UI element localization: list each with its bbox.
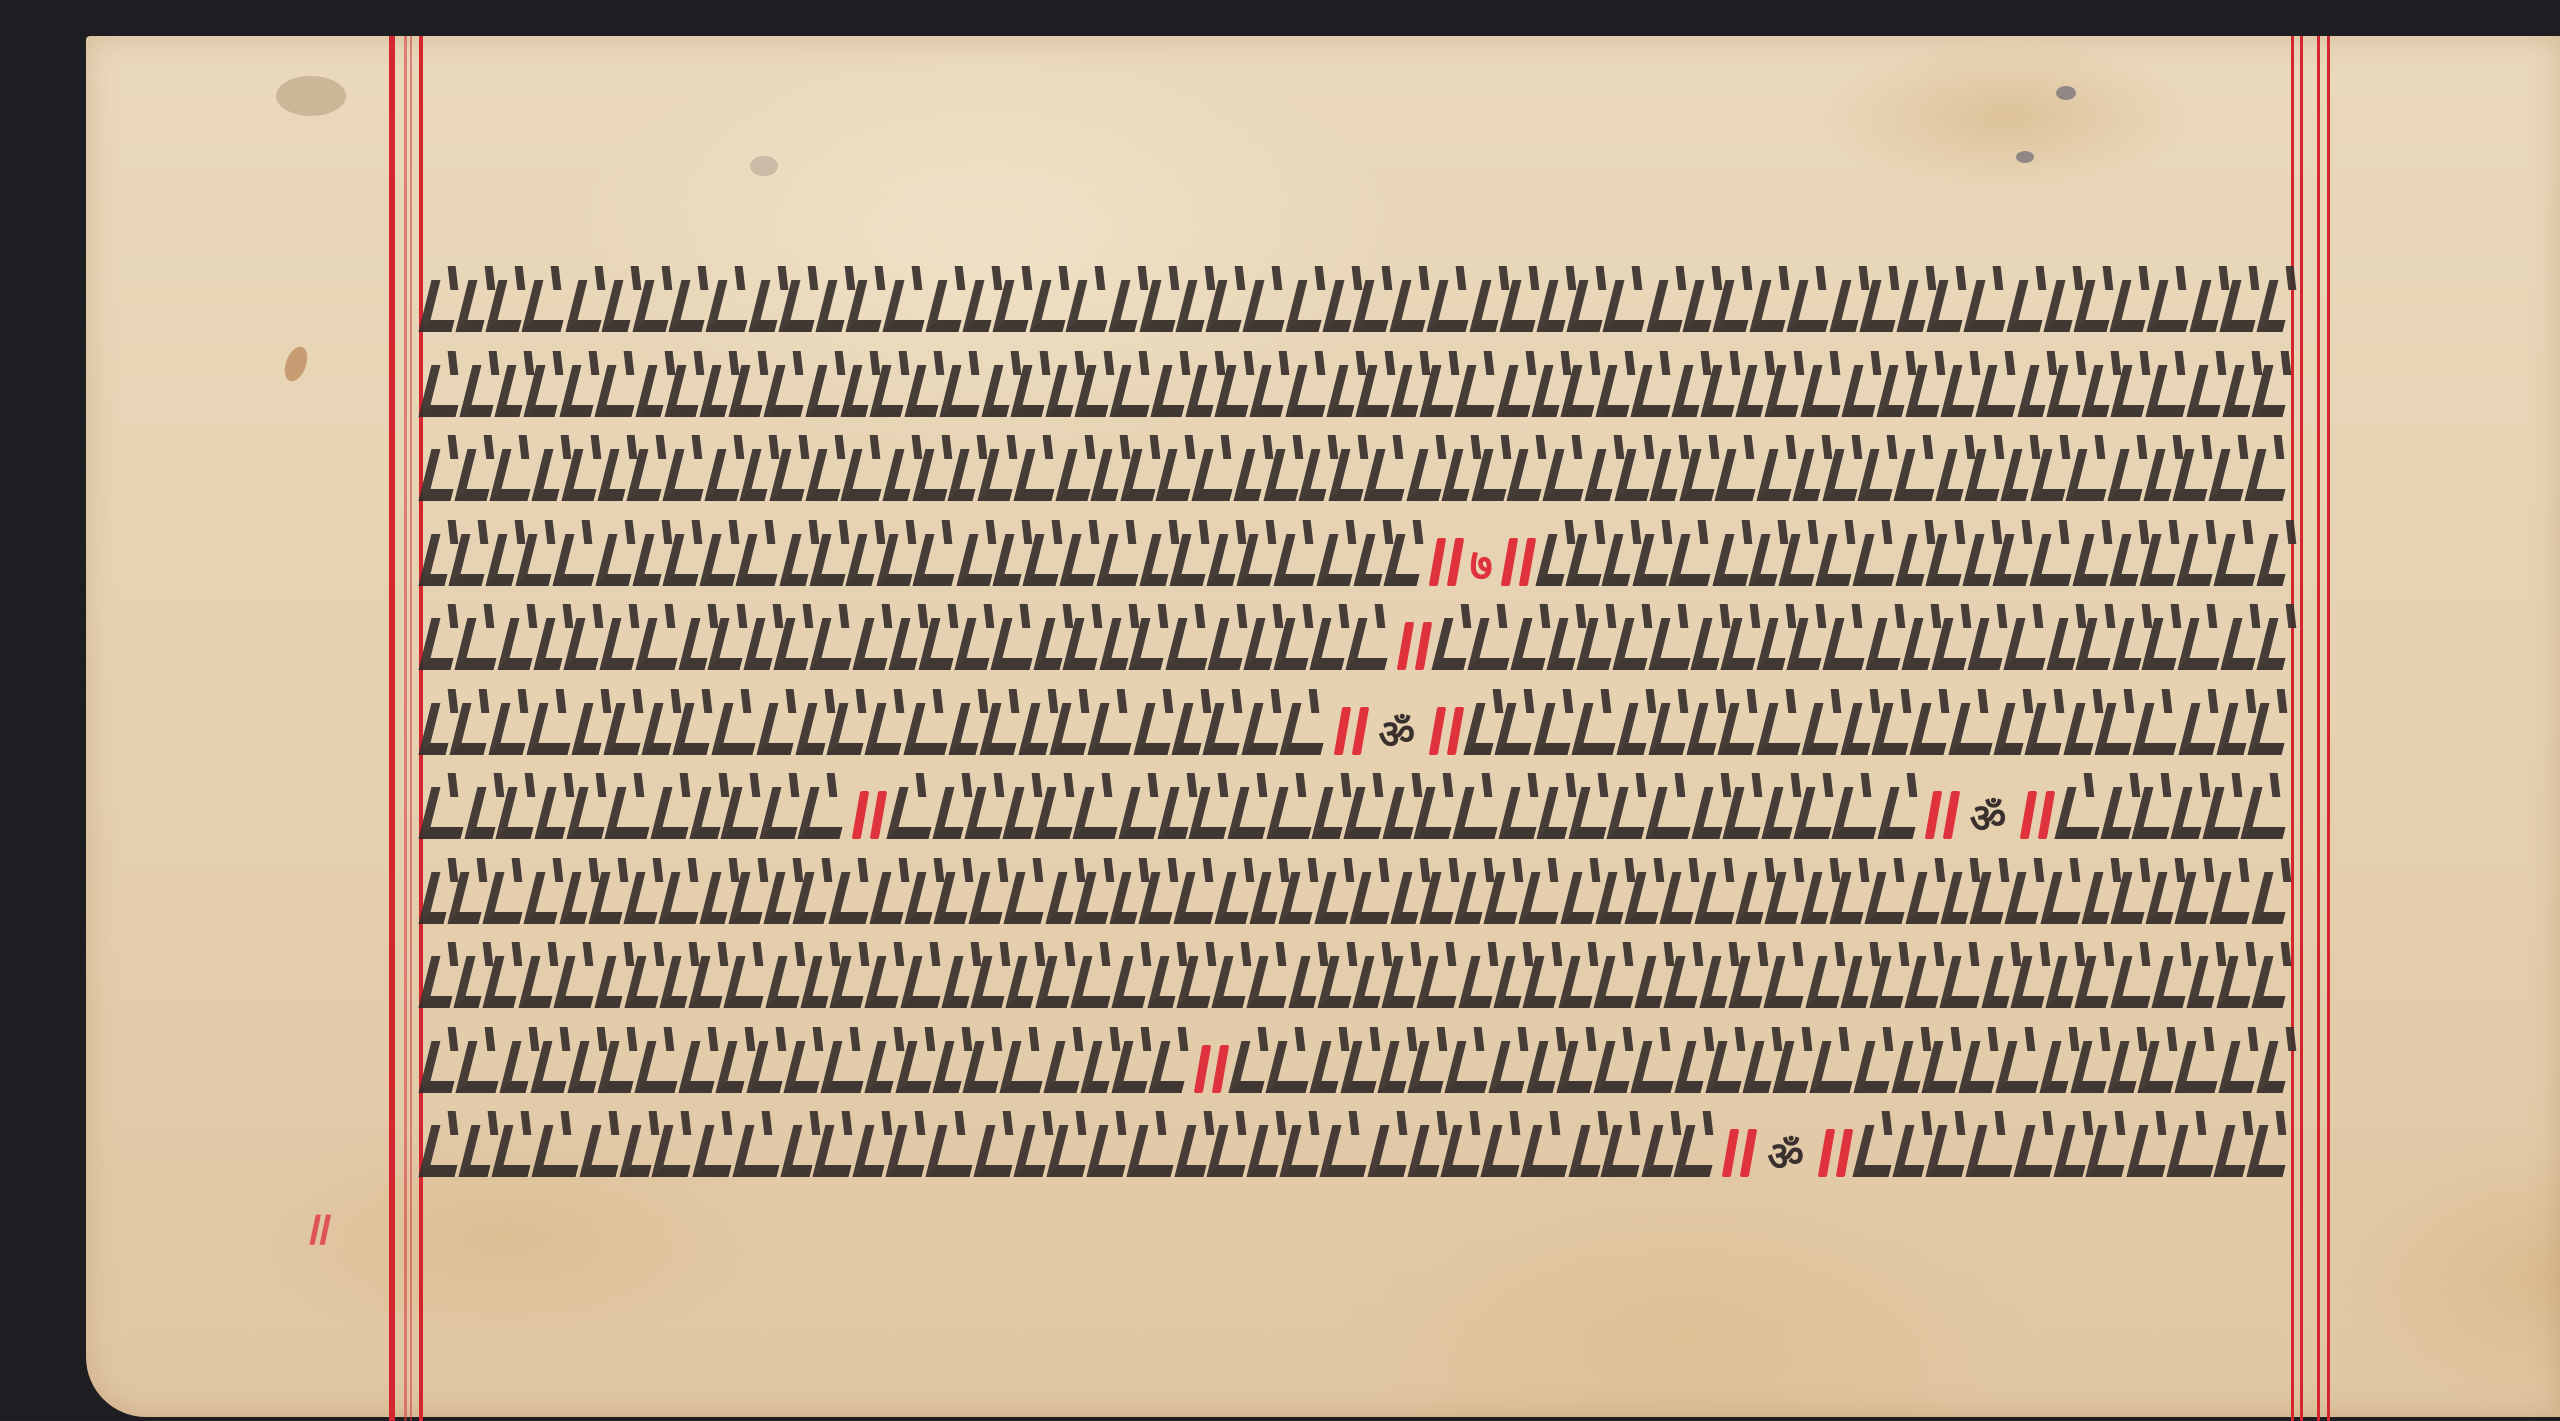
left-rule-4 [419,36,423,1421]
script-glyph [1878,787,1926,839]
script-glyph [1646,787,1701,839]
script-glyph [1948,703,2002,755]
script-glyph [2244,449,2295,501]
right-rule-3 [2317,36,2320,1421]
red-double-danda [1433,538,1460,586]
left-rule-3 [410,36,412,1421]
red-double-danda [1433,707,1460,755]
manuscript-line [425,347,2293,431]
script-glyph [531,1125,588,1177]
right-rule-2 [2300,36,2303,1421]
script-glyph [1126,1125,1183,1177]
red-double-danda [1505,538,1532,586]
script-glyph [1452,787,1507,839]
om-sign: ॐ [1767,1137,1803,1177]
stain [276,76,346,116]
red-double-danda [1338,707,1365,755]
script-glyph [605,787,660,839]
stain [280,344,311,385]
red-double-danda [2024,791,2051,839]
stain [2016,151,2034,163]
script-glyph [1346,618,1398,670]
script-glyph [1088,703,1142,755]
red-double-danda [856,791,883,839]
manuscript-line [425,1023,2293,1107]
manuscript-line: ७ [425,516,2293,600]
manuscript-line: ॐ [425,685,2293,769]
script-glyph [2247,1125,2296,1177]
script-glyph [903,703,957,755]
manuscript-line [425,600,2293,684]
manuscript-line [425,431,2293,515]
red-verse-numeral: ७ [1470,544,1493,588]
script-glyph [1669,534,1721,586]
red-double-danda [1929,791,1956,839]
red-double-danda [1822,1129,1849,1177]
manuscript-line [425,854,2293,938]
script-glyph [736,534,788,586]
stain [2056,86,2076,100]
script-glyph [2241,787,2296,839]
script-glyph [1965,1125,2022,1177]
script-glyph [1320,1125,1377,1177]
script-glyph [926,1125,983,1177]
script-glyph [732,1125,789,1177]
script-glyph [1280,703,1334,755]
script-glyph [798,787,853,839]
manuscript-line [425,938,2293,1022]
stain [750,156,778,176]
manuscript-line [425,262,2293,346]
left-rule-2 [404,36,407,1421]
red-double-danda [1726,1129,1753,1177]
manuscript-line: ॐ [425,769,2293,853]
script-glyph [1521,1125,1578,1177]
script-glyph [419,787,474,839]
manuscript-line: ॐ [425,1107,2293,1191]
right-rule-4 [2327,36,2330,1421]
om-sign: ॐ [1379,715,1415,755]
red-double-danda [1198,1045,1225,1093]
left-rule-1 [389,36,395,1421]
red-double-danda [1401,622,1428,670]
om-sign: ॐ [1970,799,2006,839]
script-glyph [913,534,965,586]
script-glyph [2133,703,2187,755]
